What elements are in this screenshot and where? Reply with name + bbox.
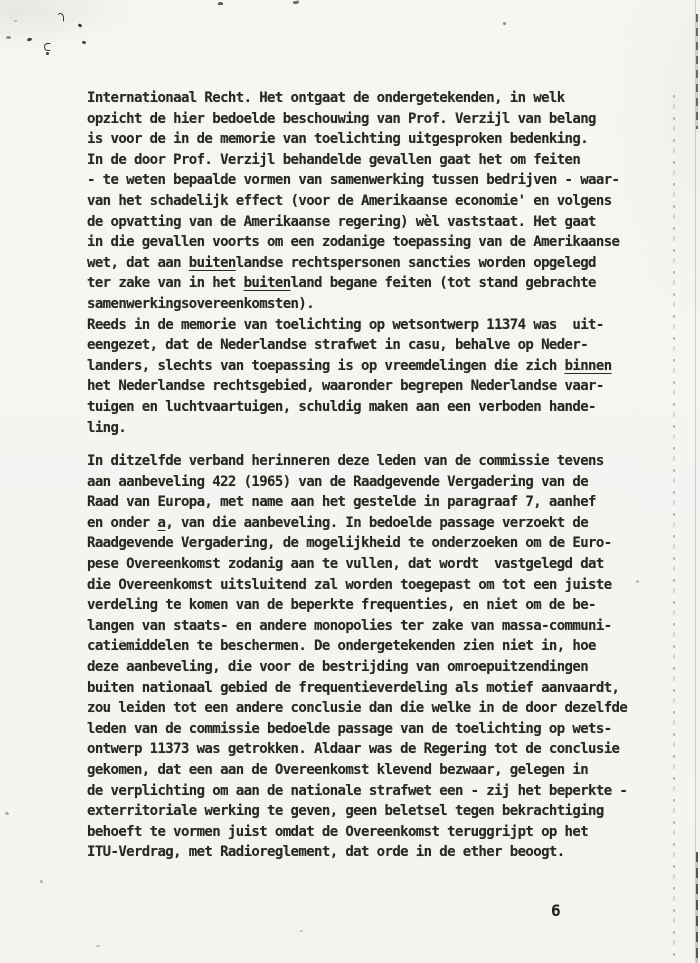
text-line: behoeft te vormen juist omdat de Overeen…	[87, 822, 652, 843]
text-line: ontwerp 11373 was getrokken. Aldaar was …	[87, 739, 652, 760]
ink-speck	[218, 2, 223, 5]
ink-speck	[14, 20, 17, 22]
text-line: Internationaal Recht. Het ontgaat de ond…	[87, 88, 652, 109]
ink-speck	[57, 13, 64, 22]
text-line: die Overeenkomst uitsluitend zal worden …	[87, 575, 652, 596]
text-line: In ditzelfde verband herinneren deze led…	[87, 451, 652, 472]
ink-speck	[503, 22, 506, 25]
text-line: gekomen, dat een aan de Overeenkomst kle…	[87, 760, 652, 781]
text-line: Reeds in de memorie van toelichting op w…	[87, 315, 652, 336]
scan-edge-line	[696, 14, 698, 129]
text-line: langen van staats- en andere monopolies …	[87, 616, 652, 637]
ink-speck	[44, 43, 51, 51]
text-line: het Nederlandse rechtsgebied, waaronder …	[87, 376, 652, 397]
ink-speck	[5, 811, 10, 816]
text-line: wet, dat aan buitenlandse rechtspersonen…	[87, 253, 652, 274]
document-body: Internationaal Recht. Het ontgaat de ond…	[87, 88, 652, 876]
text-line: ITU-Verdrag, met Radioreglement, dat ord…	[87, 842, 652, 863]
text-line: ling.	[87, 418, 652, 439]
text-line: Raadgevende Vergadering, de mogelijkheid…	[87, 533, 652, 554]
ink-speck	[27, 37, 33, 41]
text-line: landers, slechts van toepassing is op vr…	[87, 356, 652, 377]
text-line: - te weten bepaalde vormen van samenwerk…	[87, 170, 652, 191]
scan-edge-line	[696, 852, 698, 963]
text-line: de opvatting van de Amerikaanse regering…	[87, 212, 652, 233]
text-line: buiten nationaal gebied de frequentiever…	[87, 678, 652, 699]
text-line: pese Overeenkomst zodanig aan te vullen,…	[87, 554, 652, 575]
ink-speck	[82, 40, 87, 44]
text-line: deze aanbeveling, die voor de bestrijdin…	[87, 657, 652, 678]
text-line: zou leiden tot een andere conclusie dan …	[87, 698, 652, 719]
text-line: in die gevallen voorts om een zodanige t…	[87, 232, 652, 253]
text-line: ter zake van in het buitenland begane fe…	[87, 273, 652, 294]
text-line: In de door Prof. Verzijl behandelde geva…	[87, 150, 652, 171]
document-page: Internationaal Recht. Het ontgaat de ond…	[0, 0, 700, 963]
scan-edge-line	[695, 0, 696, 963]
text-line: samenwerkingsovereenkomsten).	[87, 294, 652, 315]
text-line: aan aanbeveling 422 (1965) van de Raadge…	[87, 472, 652, 493]
text-line: de verplichting om aan de nationale stra…	[87, 781, 652, 802]
text-line: eengezet, dat de Nederlandse strafwet in…	[87, 335, 652, 356]
paragraph: Internationaal Recht. Het ontgaat de ond…	[87, 88, 652, 438]
ink-speck	[300, 930, 303, 932]
text-line: tuigen en luchtvaartuigen, schuldig make…	[87, 397, 652, 418]
text-line: en onder a, van die aanbeveling. In bedo…	[87, 513, 652, 534]
paragraph: In ditzelfde verband herinneren deze led…	[87, 451, 652, 863]
ink-speck	[120, 640, 123, 643]
page-number: 6	[551, 901, 561, 920]
text-line: catiemiddelen te beschermen. De onderget…	[87, 636, 652, 657]
text-line: exterritoriale werking te geven, geen be…	[87, 801, 652, 822]
ink-speck	[6, 36, 11, 39]
ink-speck	[40, 880, 43, 883]
ink-speck	[46, 52, 49, 55]
text-line: is voor de in de memorie van toelichting…	[87, 129, 652, 150]
ink-speck	[96, 945, 100, 947]
ink-speck	[636, 580, 639, 583]
text-line: leden van de commissie bedoelde passage …	[87, 719, 652, 740]
text-line: van het schadelijk effect (voor de Ameri…	[87, 191, 652, 212]
text-line: opzicht de hier bedoelde beschouwing van…	[87, 109, 652, 130]
ink-speck	[293, 0, 299, 4]
text-line: verdeling te komen van de beperkte frequ…	[87, 595, 652, 616]
text-line: Raad van Europa, met name aan het gestel…	[87, 492, 652, 513]
print-through-line	[673, 95, 675, 960]
ink-speck	[78, 23, 83, 28]
